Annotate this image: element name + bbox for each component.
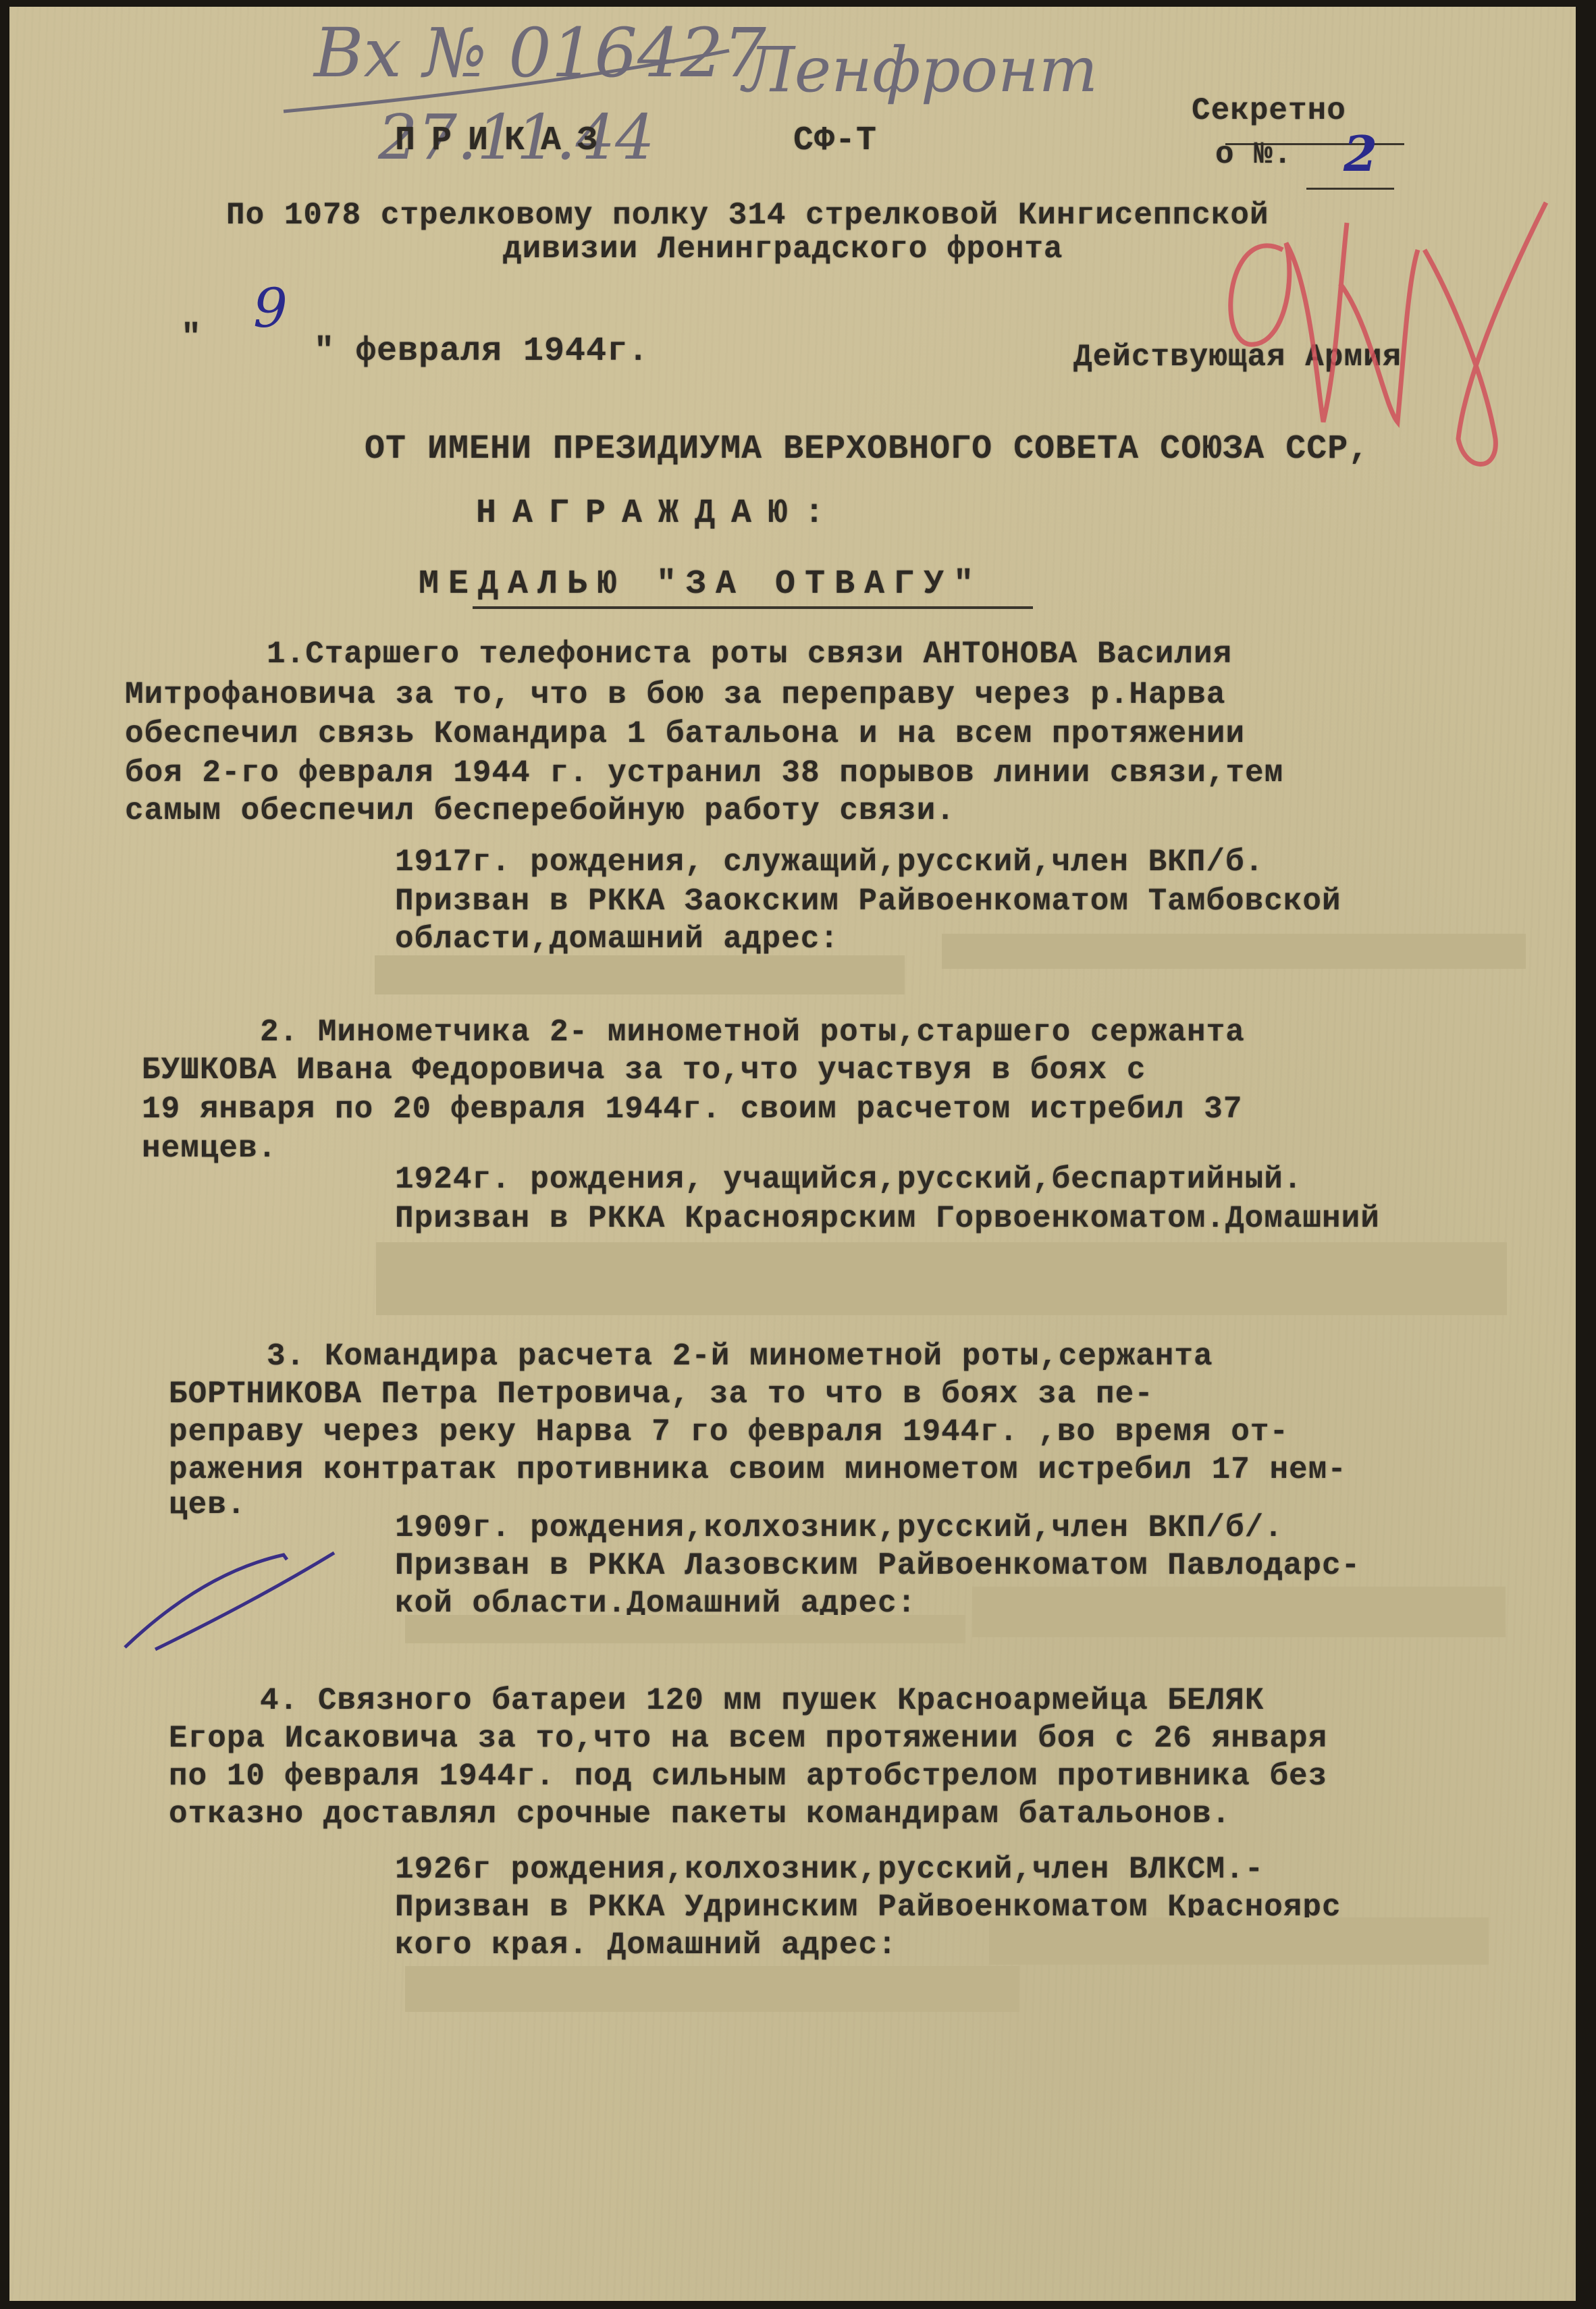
entry-4-line-1: 4. Связного батареи 120 мм пушек Красноа…: [260, 1681, 1264, 1720]
entry-4-line-4: отказно доставлял срочные пакеты команди…: [169, 1795, 1231, 1834]
redacted-address-block: [405, 1966, 1019, 2012]
redacted-address-block: [989, 1917, 1489, 1965]
entry-4-line-2: Егора Исаковича за то,что на всем протяж…: [169, 1719, 1327, 1758]
entry-4-line-3: по 10 февраля 1944г. под сильным артобст…: [169, 1757, 1327, 1796]
entry-4-bio-1: 1926г рождения,колхозник,русский,член ВЛ…: [395, 1850, 1264, 1889]
entry-4-bio-3: кого края. Домашний адрес:: [395, 1926, 897, 1965]
